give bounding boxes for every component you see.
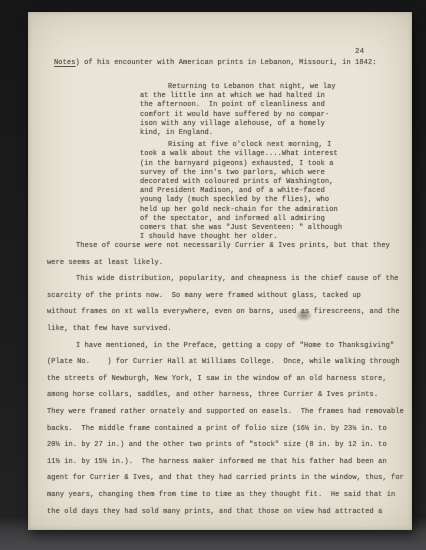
body-line: scarcity of the prints now. So many were… bbox=[47, 288, 409, 305]
quote-line: Returning to Lebanon that night, we lay bbox=[140, 83, 362, 92]
intro-underlined-word: Notes bbox=[54, 59, 76, 67]
body-line: among horse collars, saddles, and other … bbox=[47, 387, 409, 404]
quote-line: survey of the inn's two parlors, which w… bbox=[140, 169, 362, 178]
body-line: I have mentioned, in the Preface, gettin… bbox=[47, 338, 409, 355]
quote-line: decorated with coloured prints of Washin… bbox=[140, 178, 362, 187]
quote-line: held up her gold neck-chain for the admi… bbox=[140, 206, 362, 215]
quote-paragraph-2: Rising at five o'clock next morning, Ito… bbox=[140, 141, 362, 242]
quote-line: kind, in England. bbox=[140, 129, 362, 138]
body-line: 11½ in. by 15½ in.). The harness maker i… bbox=[47, 454, 409, 471]
quote-paragraph-1: Returning to Lebanon that night, we laya… bbox=[140, 83, 362, 138]
body-line: many years, changing them from time to t… bbox=[47, 487, 409, 504]
body-paragraph-1: These of course were not necessarily Cur… bbox=[47, 238, 409, 271]
body-line: They were framed rather ornately and sup… bbox=[47, 404, 409, 421]
body-line: the old days they had sold many prints, … bbox=[47, 504, 409, 521]
body-line: agent for Currier & Ives, and that they … bbox=[47, 470, 409, 487]
quote-line: young lady (much speckled by the flies),… bbox=[140, 196, 362, 205]
body-line: like, that few have survived. bbox=[47, 321, 409, 338]
body-line: (Plate No. ) for Currier Hall at William… bbox=[47, 354, 409, 371]
quote-line: (in the barnyard pigeons) exhausted, I t… bbox=[140, 160, 362, 169]
quote-block: Returning to Lebanon that night, we laya… bbox=[140, 83, 362, 242]
document-page: 24 Notes) of his encounter with American… bbox=[28, 12, 412, 530]
quote-line: took a walk about the village....What in… bbox=[140, 150, 362, 159]
intro-rest: ) of his encounter with American prints … bbox=[76, 59, 377, 67]
quote-line: ison with any village alehouse, of a hom… bbox=[140, 120, 362, 129]
body-paragraph-3: I have mentioned, in the Preface, gettin… bbox=[47, 338, 409, 521]
body-line: These of course were not necessarily Cur… bbox=[47, 238, 409, 255]
body-line: were seems at least likely. bbox=[47, 255, 409, 272]
body-line: 20¼ in. by 27 in.) and the other two pri… bbox=[47, 437, 409, 454]
body-line: This wide distribution, popularity, and … bbox=[47, 271, 409, 288]
body-line: without frames on xt walls everywhere, e… bbox=[47, 304, 409, 321]
intro-line: Notes) of his encounter with American pr… bbox=[54, 59, 377, 67]
body-line: the streets of Newburgh, New York, I saw… bbox=[47, 371, 409, 388]
quote-line: the afternoon. In point of cleanliness a… bbox=[140, 101, 362, 110]
quote-line: comfort it would have suffered by no com… bbox=[140, 111, 362, 120]
quote-line: of the spectator, and informed all admir… bbox=[140, 215, 362, 224]
quote-line: comers that she was "Just Seventeen: " a… bbox=[140, 224, 362, 233]
photo-background: 24 Notes) of his encounter with American… bbox=[0, 0, 426, 550]
body-paragraph-2: This wide distribution, popularity, and … bbox=[47, 271, 409, 337]
page-number: 24 bbox=[355, 48, 364, 56]
body-text: These of course were not necessarily Cur… bbox=[47, 238, 409, 520]
body-line: backs. The middle frame contained a prin… bbox=[47, 421, 409, 438]
